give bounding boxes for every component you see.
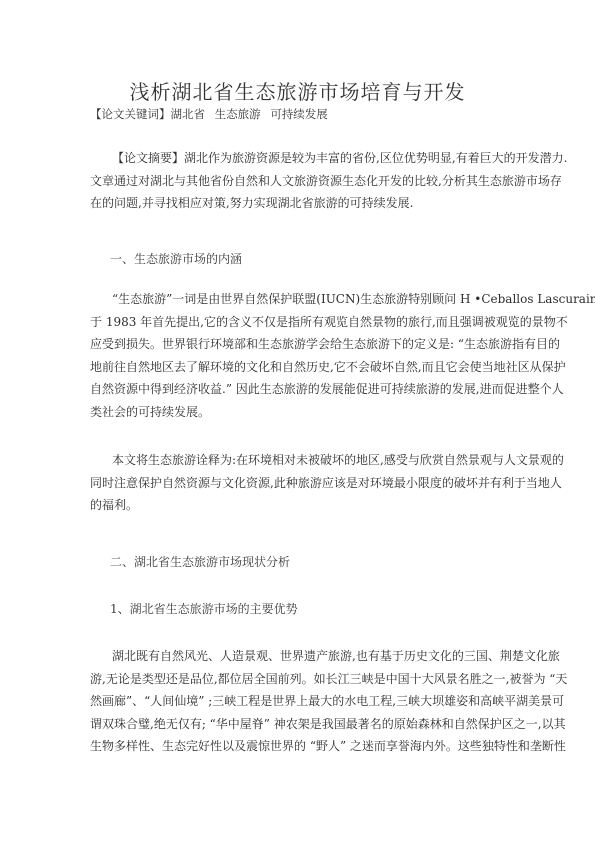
keyword: 生态旅游 [215, 107, 261, 121]
body-paragraph: 本文将生态旅游诠释为:在环境相对未被破坏的地区,感受与欣赏自然景观与人文景观的 … [90, 449, 508, 517]
keywords-label: 【论文关键词】 [90, 107, 171, 121]
text-line: 类社会的可持续发展。 [90, 401, 508, 424]
text-line: 谓双珠合璧,绝无仅有; “华中屋脊” 神农架是我国最著名的原始森林和自然保护区之… [90, 713, 508, 736]
text-line: 自然资源中得到经济收益.” 因此生态旅游的发展能促进可持续旅游的发展,进而促进整… [90, 378, 508, 401]
text-line: 在的问题,并寻找相应对策,努力实现湖北省旅游的可持续发展. [90, 192, 508, 215]
text-line: 文章通过对湖北与其他省份自然和人文旅游资源生态化开发的比较,分析其生态旅游市场存 [90, 170, 508, 193]
section-heading: 一、生态旅游市场的内涵 [110, 250, 242, 267]
text-line: 的福利。 [90, 494, 508, 517]
text-line: 然画廊”、“人间仙境” ;三峡工程是世界上最大的水电工程,三峡大坝雄姿和高峡平湖… [90, 690, 508, 713]
keyword: 可持续发展 [270, 107, 328, 121]
document-title: 浅析湖北省生态旅游市场培育与开发 [0, 76, 595, 105]
text-line: “生态旅游”一词是由世界自然保护联盟(IUCN)生态旅游特别顾问 H •Ceba… [90, 288, 508, 311]
text-line: 于 1983 年首先提出,它的含义不仅是指所有观览自然景物的旅行,而且强调被观览… [90, 311, 508, 334]
text-line: 本文将生态旅游诠释为:在环境相对未被破坏的地区,感受与欣赏自然景观与人文景观的 [90, 449, 508, 472]
text-line: 应受到损失。世界银行环境部和生态旅游学会给生态旅游下的定义是: “生态旅游指有目… [90, 333, 508, 356]
text-line: 【论文摘要】湖北作为旅游资源是较为丰富的省份,区位优势明显,有着巨大的开发潜力. [90, 147, 508, 170]
text-line: 湖北既有自然风光、人造景观、世界遗产旅游,也有基于历史文化的三国、荆楚文化旅 [90, 645, 508, 668]
keyword: 湖北省 [171, 107, 206, 121]
text-line: 游,无论是类型还是品位,都位居全国前列。如长江三峡是中国十大风景名胜之一,被誉为… [90, 668, 508, 691]
text-line: 生物多样性、生态完好性以及震惊世界的 “野人” 之迷而享誉海内外。这些独特性和垄… [90, 735, 508, 758]
body-paragraph: 湖北既有自然风光、人造景观、世界遗产旅游,也有基于历史文化的三国、荆楚文化旅 游… [90, 645, 508, 758]
body-paragraph: “生态旅游”一词是由世界自然保护联盟(IUCN)生态旅游特别顾问 H •Ceba… [90, 288, 508, 423]
abstract-paragraph: 【论文摘要】湖北作为旅游资源是较为丰富的省份,区位优势明显,有着巨大的开发潜力.… [90, 147, 508, 215]
keywords-line: 【论文关键词】湖北省 生态旅游 可持续发展 [90, 106, 334, 122]
text-line: 同时注意保护自然资源与文化资源,此种旅游应该是对环境最小限度的破坏并有利于当地人 [90, 472, 508, 495]
section-heading: 二、湖北省生态旅游市场现状分析 [110, 553, 290, 570]
text-line: 地前往自然地区去了解环境的文化和自然历史,它不会破坏自然,而且它会使当地社区从保… [90, 356, 508, 379]
subsection-heading: 1、湖北省生态旅游市场的主要优势 [110, 600, 298, 617]
document-page: 浅析湖北省生态旅游市场培育与开发 【论文关键词】湖北省 生态旅游 可持续发展 【… [0, 0, 595, 842]
